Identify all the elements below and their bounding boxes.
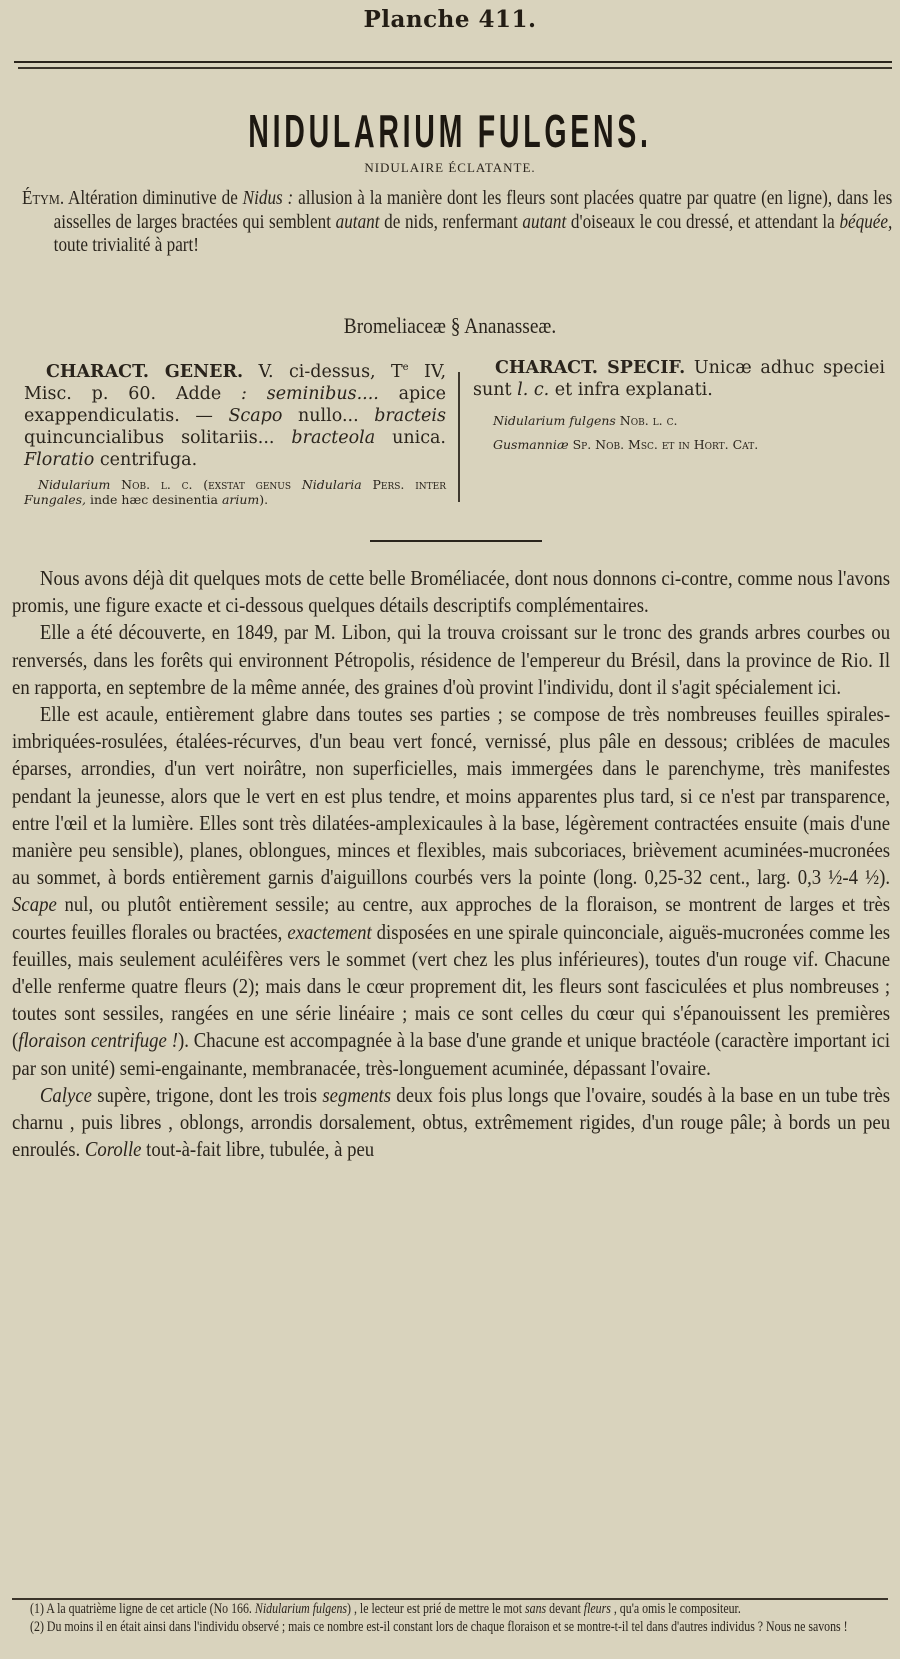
text-italic: l. c. [517, 380, 549, 400]
text: tout-à-fait libre, tubulée, à peu [141, 1137, 374, 1161]
text-italic: sans [525, 1601, 546, 1617]
text-italic: Nidularium fulgens [493, 413, 616, 428]
text-italic: arium [222, 492, 259, 507]
text-italic: Gusmanniæ [493, 437, 569, 452]
text: d'oiseaux le cou dressé, et attendant la [566, 212, 839, 233]
text-italic: autant [336, 212, 380, 233]
footnote-rule [12, 1598, 888, 1600]
family-line: Bromeliaceæ § Ananasseæ. [54, 313, 846, 339]
text: supère, trigone, dont les trois [92, 1083, 322, 1107]
text: quincuncialibus solitariis... [24, 428, 291, 448]
text: Pers. inter [362, 477, 446, 492]
text-italic: Nidularium fulgens [255, 1601, 347, 1617]
text-italic: floraison centrifuge ! [18, 1028, 178, 1052]
charact-specif-column: CHARACT. SPECIF. Unicæ adhuc speciei sun… [473, 357, 885, 452]
text: Sp. Nob. Msc. et in Hort. Cat. [569, 437, 759, 452]
column-divider [458, 372, 460, 502]
etymology-label: Étym. [22, 188, 64, 209]
text: centrifuga. [94, 450, 197, 470]
header-double-rule-bottom [18, 67, 892, 69]
text-italic: Scapo [228, 406, 282, 426]
text: ) , le lecteur est prié de mettre le mot [347, 1601, 525, 1617]
etymology-section: Étym. Altération diminutive de Nidus : a… [22, 187, 892, 258]
text: inde hæc desinentia [86, 492, 222, 507]
charact-gener-text: CHARACT. GENER. V. ci-dessus, Te IV, Mis… [24, 357, 446, 471]
footnotes: (1) A la quatrième ligne de cet article … [12, 1601, 884, 1636]
text-italic: segments [322, 1083, 391, 1107]
species-synonym-1: Nidularium fulgens Nob. l. c. [473, 413, 885, 428]
text-italic: : seminibus.... [241, 384, 379, 404]
text-italic: autant [522, 212, 566, 233]
footnote-2: (2) Du moins il en était ainsi dans l'in… [12, 1619, 884, 1636]
text: nullo... [282, 406, 374, 426]
text: Altération diminutive de [64, 188, 243, 209]
text: Nob. l. c. (exstat genus [110, 477, 302, 492]
text: , qu'a omis le compositeur. [611, 1601, 741, 1617]
text: Nob. l. c. [616, 413, 678, 428]
charact-specif-label: CHARACT. SPECIF. [495, 358, 685, 378]
text: V. ci-dessus, T [243, 362, 403, 382]
text: de nids, renfermant [380, 212, 523, 233]
common-name-subtitle: NIDULAIRE ÉCLATANTE. [0, 160, 900, 176]
body-paragraph-4: Calyce supère, trigone, dont les trois s… [12, 1082, 890, 1164]
text-italic: Scape [12, 892, 57, 916]
text: Elle est acaule, entièrement glabre dans… [12, 702, 890, 889]
body-paragraph-3: Elle est acaule, entièrement glabre dans… [12, 701, 890, 1082]
text: toute trivialité à part! [54, 235, 199, 256]
text-italic: bracteis [374, 406, 446, 426]
text-italic: béquée, [839, 212, 892, 233]
text-italic: Nidus : [243, 188, 294, 209]
text-italic: Calyce [40, 1083, 92, 1107]
etymology-paragraph: Étym. Altération diminutive de Nidus : a… [22, 187, 892, 258]
footnote-1: (1) A la quatrième ligne de cet article … [12, 1601, 884, 1618]
charact-specif-text: CHARACT. SPECIF. Unicæ adhuc speciei sun… [473, 357, 885, 401]
text: ). [259, 492, 268, 507]
genus-synonym: Nidularium Nob. l. c. (exstat genus Nidu… [24, 477, 446, 507]
text-italic: fleurs [584, 1601, 611, 1617]
charact-gener-label: CHARACT. GENER. [46, 362, 243, 382]
text: (1) A la quatrième ligne de cet article … [30, 1601, 255, 1617]
text-italic: Fungales, [24, 492, 86, 507]
body-paragraph-1: Nous avons déjà dit quelques mots de cet… [12, 565, 890, 619]
species-synonym-2: Gusmanniæ Sp. Nob. Msc. et in Hort. Cat. [473, 437, 885, 452]
charact-gener-column: CHARACT. GENER. V. ci-dessus, Te IV, Mis… [24, 357, 446, 507]
text-italic: exactement [287, 920, 371, 944]
text-italic: Corolle [85, 1137, 142, 1161]
species-title: NIDULARIUM FULGENS. [171, 108, 729, 154]
section-separator-rule [370, 540, 542, 542]
text: et infra explanati. [549, 380, 713, 400]
main-description: Nous avons déjà dit quelques mots de cet… [12, 565, 890, 1163]
text-italic: Floratio [24, 450, 94, 470]
text-italic: Nidularia [302, 477, 362, 492]
text-italic: Nidularium [38, 477, 110, 492]
text-italic: bracteola [291, 428, 375, 448]
text: unica. [375, 428, 446, 448]
body-paragraph-2: Elle a été découverte, en 1849, par M. L… [12, 619, 890, 701]
text: devant [546, 1601, 584, 1617]
plate-number: Planche 411. [0, 6, 900, 33]
header-double-rule-top [14, 61, 892, 63]
